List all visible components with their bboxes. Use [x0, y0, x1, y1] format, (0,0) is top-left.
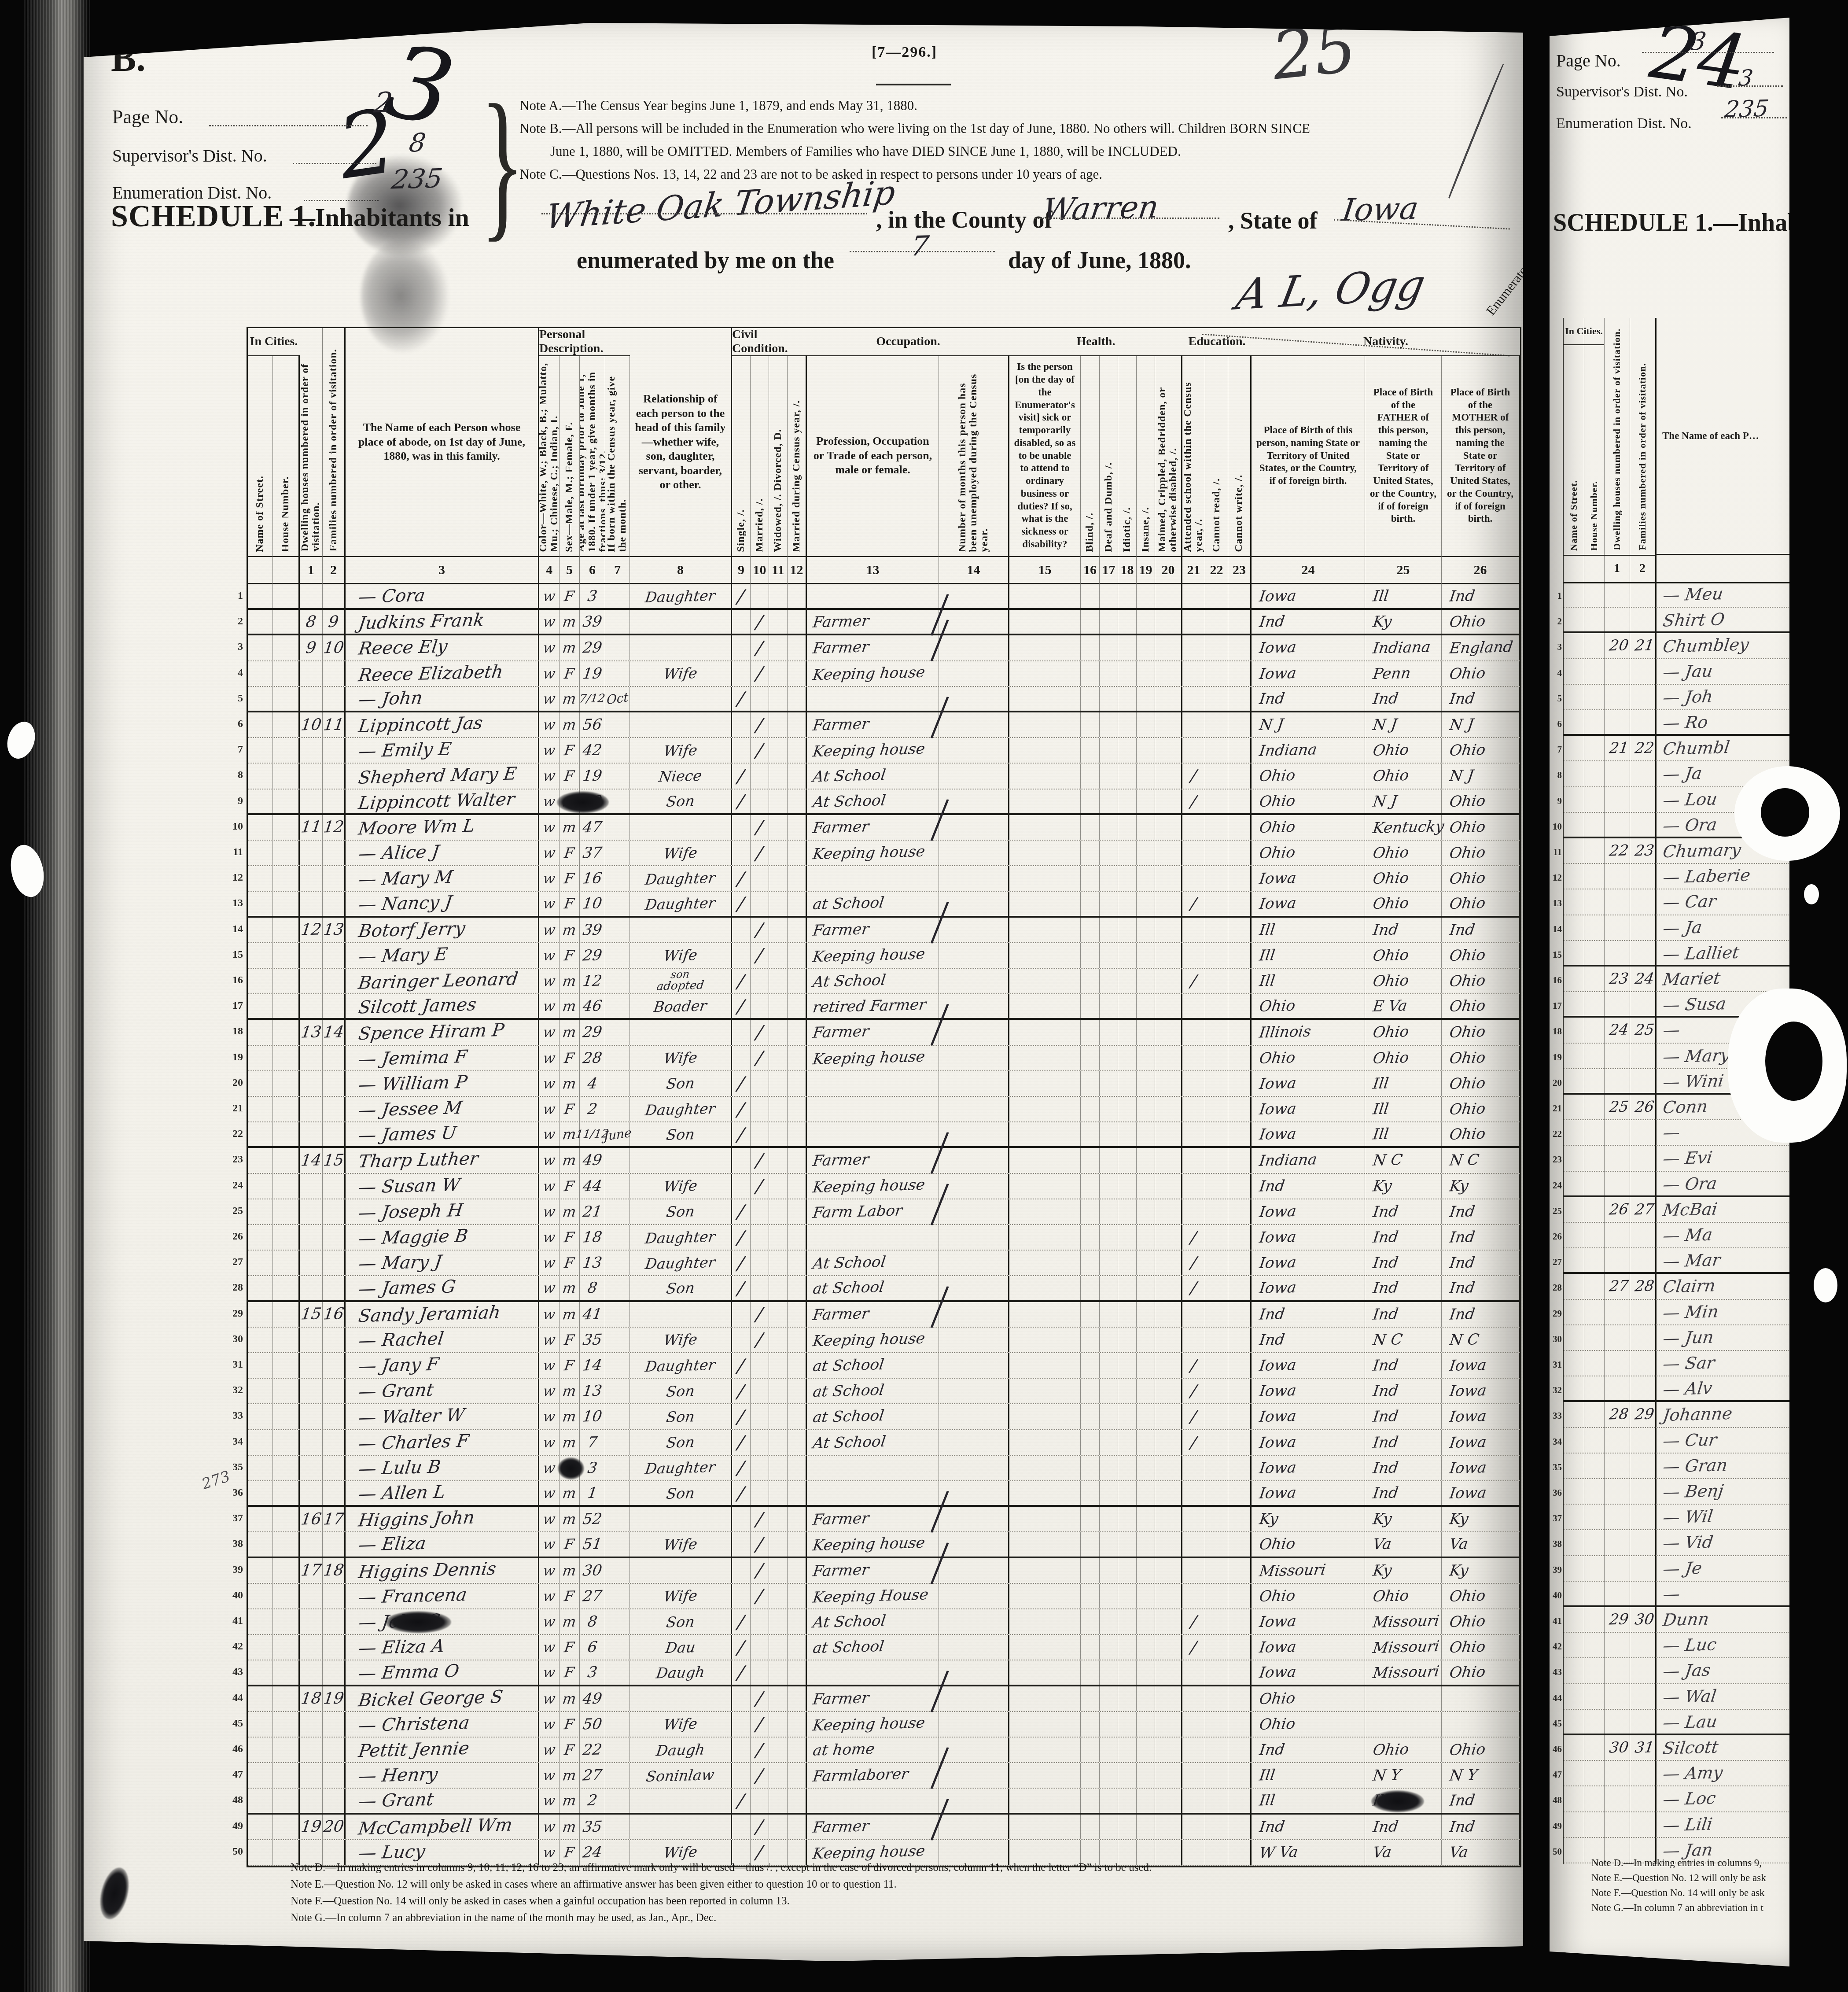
table-cell: 10: [300, 712, 323, 737]
table-cell: [939, 1353, 1009, 1378]
table-cell: [1009, 1328, 1081, 1352]
table-cell: [1118, 764, 1137, 788]
table-cell: [1228, 969, 1252, 993]
line-number: 24: [225, 1173, 243, 1198]
table-cell: [788, 1122, 807, 1146]
table-cell: [788, 892, 807, 915]
column-header: Relationship of each person to the head …: [630, 328, 732, 557]
cell-value: F: [563, 767, 575, 785]
table-cell: Iowa: [1252, 1635, 1365, 1660]
table-cell: [248, 1609, 273, 1634]
table-cell: [605, 1251, 630, 1275]
cell-value: Farmer: [812, 1510, 870, 1529]
table-cell: Ohio: [1442, 1584, 1520, 1608]
table-cell: [248, 1558, 273, 1583]
cell-value: at School: [812, 1381, 885, 1401]
table-cell: Ind: [1442, 584, 1520, 608]
line-number: 19: [1551, 1044, 1562, 1070]
table-cell: [1100, 1071, 1118, 1096]
table-cell: 13: [300, 1020, 323, 1044]
cell-value: 49: [582, 1151, 603, 1169]
cell-value: Ill: [1372, 1100, 1390, 1118]
cell-value: Ohio: [1258, 1715, 1296, 1734]
table-row: Pettit JenniewF22Daugh/at homeIndOhioOhi…: [248, 1737, 1520, 1763]
table-cell: [1081, 841, 1100, 865]
cell-value: F: [563, 1229, 575, 1246]
table-cell: [323, 1789, 346, 1812]
table-cell: [248, 1763, 273, 1788]
cell-value: w: [542, 1383, 556, 1400]
table-cell: [1182, 1071, 1205, 1096]
table-cell: [323, 1379, 346, 1403]
table-cell: /: [732, 1097, 751, 1121]
cell-value: w: [542, 1408, 556, 1425]
table-row: — Allen Lwm1Son/IowaIndIowa: [248, 1481, 1520, 1507]
table-row: — Gran: [1564, 1453, 1789, 1479]
cell-value: — Susan W: [357, 1175, 462, 1198]
table-cell: [1205, 892, 1228, 915]
table-cell: England: [1442, 635, 1520, 660]
table-cell: Son: [630, 1609, 732, 1634]
cell-value: Iowa: [1448, 1382, 1487, 1400]
book-spine-edge: [24, 0, 90, 1992]
table-cell: [1155, 1174, 1182, 1199]
cell-value: w: [542, 895, 556, 912]
table-cell: m: [560, 1558, 580, 1583]
cell-value: Iowa: [1258, 1638, 1297, 1656]
table-row: Shepherd Mary EwF19Niece/At School/OhioO…: [248, 764, 1520, 789]
table-cell: /: [732, 1276, 751, 1300]
table-cell: [1100, 994, 1118, 1018]
cell-value: Ind: [1448, 1254, 1476, 1272]
table-cell: [300, 1635, 323, 1660]
table-cell: m: [560, 1763, 580, 1788]
cell-value: — Charles F: [357, 1431, 470, 1454]
table-cell: [1137, 635, 1155, 660]
cell-value: — Walter W: [357, 1405, 466, 1428]
table-cell: [769, 661, 788, 686]
cell-value: Iowa: [1448, 1484, 1487, 1502]
cell-value: /: [1189, 1228, 1198, 1247]
table-cell: [788, 1584, 807, 1608]
table-row: 2122Chumbl: [1564, 736, 1789, 761]
table-cell: Ind: [1252, 1737, 1365, 1762]
table-cell: /: [751, 661, 769, 686]
line-number: 19: [225, 1044, 243, 1070]
column-header: The Name of each P…: [1655, 318, 1789, 555]
cell-value: Ind: [1448, 1279, 1476, 1297]
table-cell: [1205, 712, 1228, 737]
table-cell: [769, 610, 788, 634]
table-cell: [788, 584, 807, 608]
table-cell: [1155, 764, 1182, 788]
cell-value: Missouri: [1372, 1638, 1440, 1657]
cell-value: Sandy Jeramiah: [357, 1302, 501, 1326]
column-header: Name of Street.: [1564, 344, 1584, 556]
table-cell: [323, 1174, 346, 1199]
cell-value: N C: [1448, 1151, 1480, 1170]
table-cell: Son: [630, 1481, 732, 1505]
table-cell: [1081, 1225, 1100, 1250]
cell-value: Tharp Luther: [357, 1149, 479, 1172]
table-cell: [300, 1328, 323, 1352]
table-cell: [1155, 610, 1182, 634]
line-number: 31: [1551, 1352, 1562, 1377]
cell-value: /: [755, 1175, 764, 1197]
cell-value: 18: [300, 1690, 322, 1708]
cell-value: — Lou: [1662, 789, 1719, 810]
line-number: 44: [1551, 1685, 1562, 1711]
right-page-no-label: Page No.: [1556, 50, 1621, 71]
cell-value: 35: [582, 1331, 603, 1349]
column-header: Families numbered in order of visitation…: [1630, 318, 1655, 556]
table-cell: Ill: [1365, 1122, 1442, 1146]
column-header-label: Single, /.: [736, 359, 747, 552]
cell-value: At School: [812, 766, 887, 786]
column-number: 11: [769, 557, 788, 584]
table-cell: [939, 1199, 1009, 1224]
table-cell: Ohio: [1442, 994, 1520, 1018]
table-cell: Ohio: [1442, 1097, 1520, 1121]
cell-value: — Mary J: [357, 1252, 443, 1274]
table-cell: [1009, 1097, 1081, 1121]
table-cell: Ind: [1252, 687, 1365, 711]
schedule-title: SCHEDULE 1.: [111, 199, 316, 234]
table-cell: [769, 1251, 788, 1275]
state-label: , State of: [1228, 207, 1317, 234]
table-cell: [1100, 943, 1118, 968]
table-cell: [1100, 1097, 1118, 1121]
page-no-label: Page No.: [112, 106, 183, 128]
cell-value: Ill: [1258, 972, 1276, 990]
table-cell: [1081, 584, 1100, 608]
table-cell: [1182, 1481, 1205, 1505]
corner-scrawl: 25: [1268, 10, 1360, 95]
cell-value: Ohio: [1448, 1023, 1487, 1041]
cell-value: /: [755, 1841, 764, 1863]
cell-value: Iowa: [1258, 1356, 1297, 1375]
cell-value: — Luc: [1662, 1635, 1718, 1656]
table-cell: [1118, 661, 1137, 686]
line-number: 14: [1551, 916, 1562, 942]
table-cell: [1205, 1199, 1228, 1224]
table-cell: [1118, 738, 1137, 763]
table-cell: Ind: [1252, 1302, 1365, 1327]
line-number: 1: [1551, 583, 1562, 609]
table-cell: [732, 738, 751, 763]
table-cell: [1081, 1097, 1100, 1121]
table-cell: [807, 1097, 939, 1121]
table-cell: [1228, 1404, 1252, 1429]
table-cell: [1205, 584, 1228, 608]
table-cell: [1009, 1737, 1081, 1762]
table-cell: [1081, 1686, 1100, 1711]
table-cell: Boader: [630, 994, 732, 1018]
table-cell: m: [560, 1507, 580, 1531]
table-cell: [1100, 1481, 1118, 1505]
table-cell: [605, 1532, 630, 1556]
table-cell: Ind: [1365, 918, 1442, 942]
cell-value: Conn: [1662, 1097, 1709, 1118]
table-cell: [605, 1097, 630, 1121]
table-cell: [1205, 1353, 1228, 1378]
table-cell: Missouri: [1365, 1609, 1442, 1634]
cell-value: — Mary M: [357, 867, 454, 890]
cell-value: Chumbley: [1662, 635, 1750, 657]
table-cell: F: [560, 1532, 580, 1556]
table-cell: [1182, 1558, 1205, 1583]
cell-value: Ohio: [1448, 664, 1487, 683]
table-cell: [1081, 892, 1100, 915]
table-cell: Ky: [1365, 610, 1442, 634]
table-cell: 16: [580, 866, 605, 891]
line-number: 10: [1551, 814, 1562, 839]
table-row: — Laberie: [1564, 864, 1789, 889]
table-cell: [732, 1840, 751, 1865]
table-cell: Son: [630, 1276, 732, 1300]
cell-value: Ky: [1372, 1561, 1393, 1579]
table-cell: [769, 892, 788, 915]
table-cell: [1081, 1148, 1100, 1173]
table-cell: [323, 1763, 346, 1788]
cell-value: Ohio: [1448, 1100, 1487, 1118]
cell-value: N C: [1372, 1331, 1403, 1349]
table-cell: Daugh: [630, 1737, 732, 1762]
table-cell: Ohio: [1442, 866, 1520, 891]
table-cell: [1442, 1686, 1520, 1711]
table-cell: — Rachel: [346, 1328, 539, 1352]
table-cell: [807, 1481, 939, 1505]
table-cell: — Lucy: [346, 1840, 539, 1865]
table-cell: — John: [346, 687, 539, 711]
table-cell: [769, 1174, 788, 1199]
table-cell: [939, 1251, 1009, 1275]
cell-value: — Henry: [357, 1764, 439, 1787]
table-cell: w: [539, 1635, 560, 1660]
table-row: 1920McCampbell Wmwm35/FarmerIndIndInd/: [248, 1815, 1520, 1840]
line-number: 23: [225, 1147, 243, 1172]
table-cell: 16: [323, 1302, 346, 1327]
table-cell: [732, 1046, 751, 1070]
table-cell: [939, 1122, 1009, 1146]
cell-value: 17: [300, 1561, 322, 1580]
cell-value: Daughter: [644, 587, 716, 606]
table-cell: 18: [323, 1558, 346, 1583]
table-cell: [939, 969, 1009, 993]
line-number: 11: [1551, 839, 1562, 865]
table-cell: [1009, 1456, 1081, 1480]
table-cell: [630, 1148, 732, 1173]
table-cell: N C: [1365, 1328, 1442, 1352]
table-cell: Iowa: [1442, 1353, 1520, 1378]
table-cell: Ind: [1365, 1199, 1442, 1224]
table-cell: [1137, 892, 1155, 915]
cell-value: — Ja: [1662, 764, 1703, 784]
column-group-header: Personal Description.: [539, 328, 630, 356]
table-cell: [248, 1046, 273, 1070]
cell-value: w: [542, 665, 556, 682]
table-cell: [1009, 943, 1081, 968]
table-cell: June: [605, 1122, 630, 1146]
table-cell: [732, 1328, 751, 1352]
cell-value: 13: [582, 1254, 603, 1272]
cell-value: F: [563, 588, 575, 605]
cell-value: 24: [1608, 1021, 1630, 1039]
cell-value: 19: [582, 767, 603, 785]
line-number: 25: [1551, 1198, 1562, 1224]
cell-value: F: [563, 1716, 575, 1733]
table-cell: 11: [300, 815, 323, 840]
table-cell: Son: [630, 789, 732, 813]
column-header: Married, /.: [751, 355, 769, 557]
table-cell: [769, 789, 788, 813]
table-cell: 28: [580, 1046, 605, 1070]
table-cell: [732, 1584, 751, 1608]
cell-value: 46: [582, 997, 603, 1015]
table-cell: [1228, 815, 1252, 840]
table-cell: [1137, 1020, 1155, 1044]
table-cell: [751, 1276, 769, 1300]
table-cell: [323, 1584, 346, 1608]
cell-value: Ind: [1448, 587, 1476, 605]
table-cell: [1100, 1584, 1118, 1608]
table-row: 910Reece Elywm29/FarmerIowaIndianaEnglan…: [248, 635, 1520, 661]
table-cell: [273, 1430, 300, 1455]
table-cell: [1228, 1276, 1252, 1300]
cell-value: Ohio: [1258, 997, 1296, 1015]
cell-value: Ky: [1372, 1177, 1393, 1195]
table-cell: [751, 1430, 769, 1455]
table-cell: [769, 635, 788, 660]
table-cell: [605, 1379, 630, 1403]
table-cell: 49: [580, 1686, 605, 1711]
table-cell: Iowa: [1252, 1097, 1365, 1121]
table-cell: [1118, 969, 1137, 993]
table-cell: [1182, 1020, 1205, 1044]
table-cell: Ohio: [1252, 1686, 1365, 1711]
table-cell: [1228, 1097, 1252, 1121]
table-cell: [1137, 1122, 1155, 1146]
table-cell: Iowa: [1252, 1379, 1365, 1403]
line-number: 6: [225, 711, 243, 737]
table-cell: [1205, 1097, 1228, 1121]
table-cell: Ind: [1442, 1251, 1520, 1275]
table-cell: [273, 815, 300, 840]
column-number: 21: [1182, 557, 1205, 584]
table-cell: [1081, 1660, 1100, 1684]
table-cell: [1100, 635, 1118, 660]
line-number: 49: [1551, 1813, 1562, 1839]
table-cell: [732, 1532, 751, 1556]
line-number: 20: [225, 1070, 243, 1096]
cell-value: — Grant: [357, 1789, 435, 1811]
table-cell: Ohio: [1365, 969, 1442, 993]
table-cell: Ky: [1365, 1507, 1442, 1531]
table-cell: [1228, 1686, 1252, 1711]
cell-value: /: [755, 1534, 764, 1555]
table-cell: Ky: [1252, 1507, 1365, 1531]
table-cell: [939, 661, 1009, 686]
table-row: — Eliza AwF6Dau/at School/IowaMissouriOh…: [248, 1635, 1520, 1660]
table-cell: [1009, 1584, 1081, 1608]
table-cell: [1228, 789, 1252, 813]
column-header-label: Relationship of each person to the head …: [630, 389, 731, 495]
table-cell: 17: [300, 1558, 323, 1583]
table-cell: F: [560, 1174, 580, 1199]
cell-value: 39: [582, 613, 603, 631]
line-number: 39: [1551, 1557, 1562, 1583]
table-cell: [1137, 1532, 1155, 1556]
table-cell: [605, 738, 630, 763]
table-cell: N Y: [1442, 1763, 1520, 1788]
table-cell: m: [560, 1071, 580, 1096]
table-cell: 17: [323, 1507, 346, 1531]
table-cell: [1182, 1148, 1205, 1173]
column-header: Dwelling houses numbered in order of vis…: [300, 328, 323, 557]
column-header-label: Name of Street.: [1568, 349, 1579, 551]
cell-value: — Jas: [1662, 1660, 1712, 1681]
table-cell: Va: [1365, 1532, 1442, 1556]
table-cell: [769, 1558, 788, 1583]
column-header: Idiotic, /.: [1118, 355, 1137, 557]
column-header-label: Deaf and Dumb, /.: [1103, 359, 1114, 552]
column-number: 9: [732, 557, 751, 584]
table-row: 1718Higgins Denniswm30/FarmerMissouriKyK…: [248, 1558, 1520, 1584]
table-cell: — Susan W: [346, 1174, 539, 1199]
table-cell: [1100, 1302, 1118, 1327]
table-cell: m: [560, 1815, 580, 1839]
table-cell: [1118, 1635, 1137, 1660]
table-cell: [807, 687, 939, 711]
table-cell: [1155, 1609, 1182, 1634]
table-cell: [323, 1609, 346, 1634]
table-cell: at School: [807, 1353, 939, 1378]
table-cell: [769, 1507, 788, 1531]
table-cell: 15: [300, 1302, 323, 1327]
cell-value: Daugh: [655, 1664, 706, 1682]
cell-value: w: [542, 845, 556, 862]
table-cell: [1100, 1686, 1118, 1711]
cell-value: — Wini: [1662, 1071, 1725, 1092]
column-number: 15: [1009, 557, 1081, 584]
table-cell: [248, 1276, 273, 1300]
table-cell: [1228, 1020, 1252, 1044]
table-cell: [1442, 1712, 1520, 1737]
table-cell: [788, 1353, 807, 1378]
table-cell: Ohio: [1252, 815, 1365, 840]
cell-value: /: [736, 1482, 746, 1504]
cell-value: Ohio: [1258, 1535, 1296, 1553]
table-cell: [788, 1174, 807, 1199]
table-cell: /: [751, 918, 769, 942]
table-cell: w: [539, 1686, 560, 1711]
table-cell: [807, 1071, 939, 1096]
table-cell: [769, 1686, 788, 1711]
table-cell: [732, 1763, 751, 1788]
table-row: 2021Chumbley: [1564, 633, 1789, 659]
cell-value: w: [542, 998, 556, 1015]
table-cell: [248, 1353, 273, 1378]
table-cell: Farmer: [807, 918, 939, 942]
table-row: — Lili: [1564, 1812, 1789, 1838]
line-number: 47: [1551, 1762, 1562, 1787]
table-cell: [769, 1840, 788, 1865]
cell-value: 24: [582, 1843, 603, 1861]
table-cell: 3: [580, 1660, 605, 1684]
cell-value: w: [542, 1690, 556, 1707]
table-cell: [1205, 635, 1228, 660]
cell-value: Ohio: [1372, 972, 1410, 990]
